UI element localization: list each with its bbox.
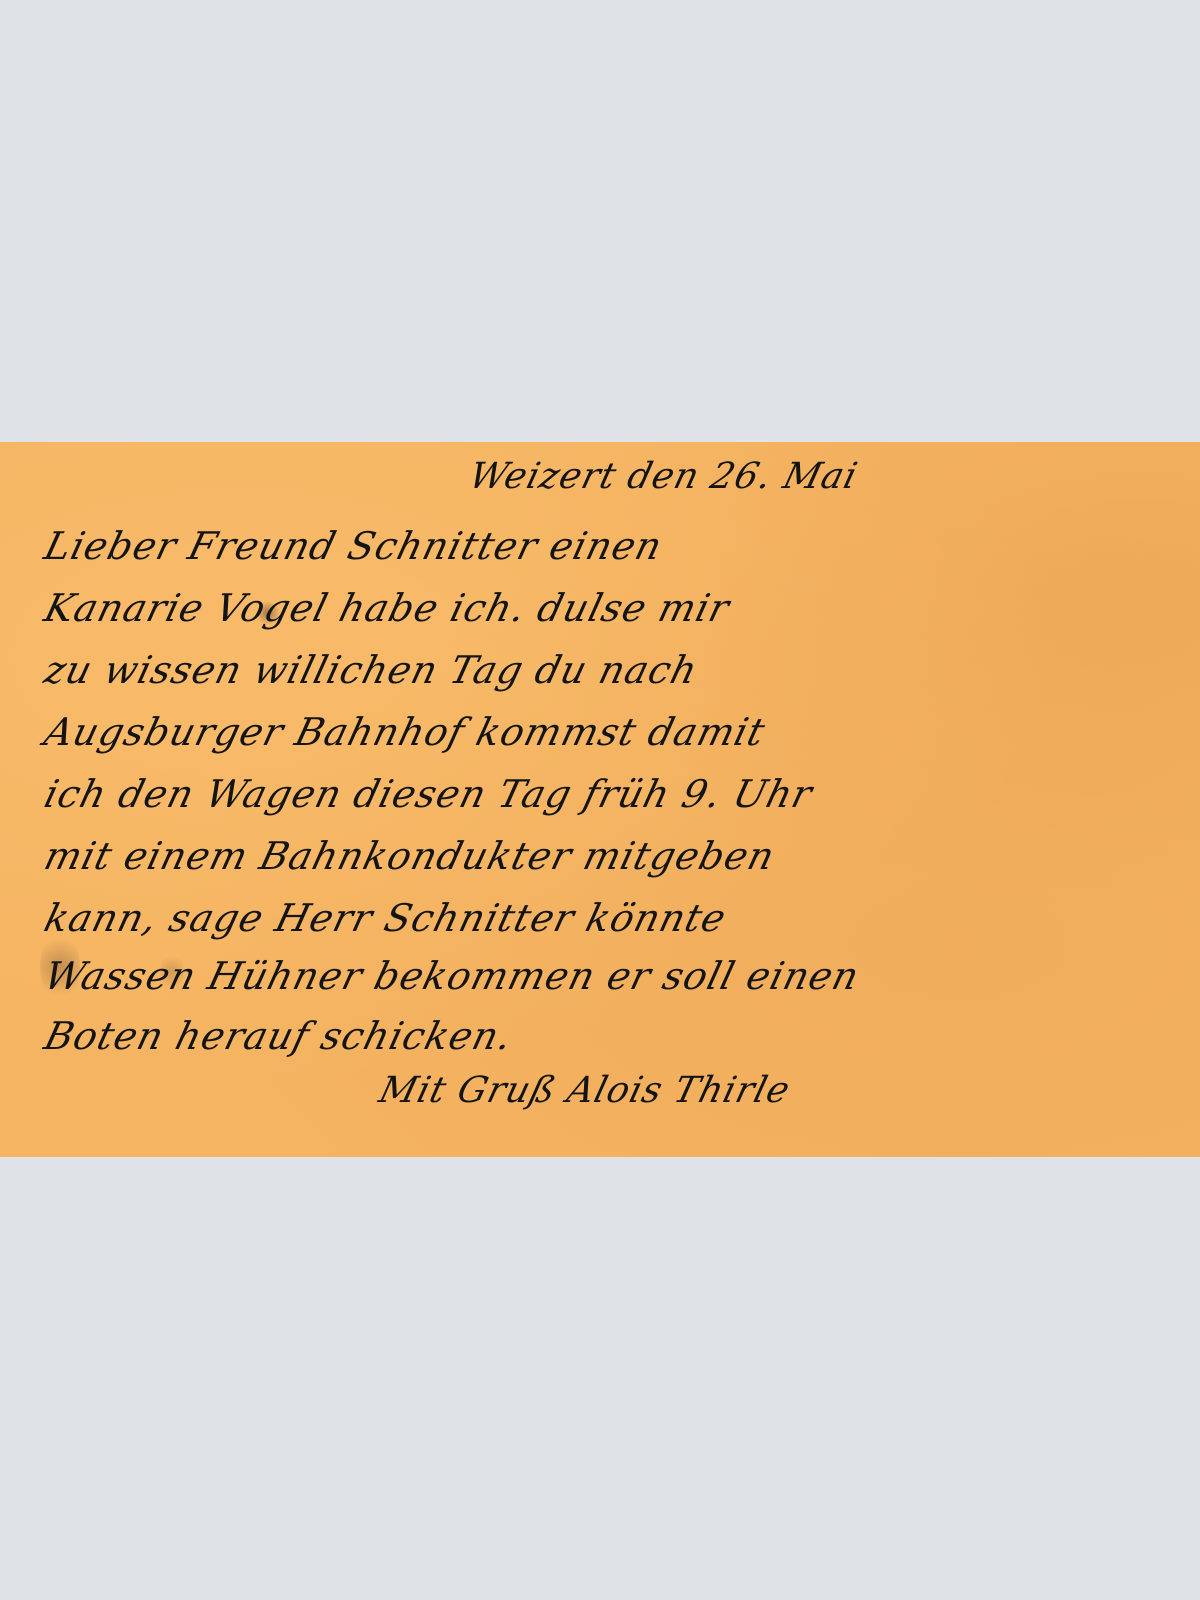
body-line-4: Augsburger Bahnhof kommst damit [40,710,770,754]
body-line-8: Wassen Hühner bekommen er soll einen [40,954,864,998]
body-line-7: kann, sage Herr Schnitter könnte [40,896,731,940]
date-line: Weizert den 26. Mai [465,456,862,497]
body-line-1: Lieber Freund Schnitter einen [40,524,667,568]
body-line-3: zu wissen willichen Tag du nach [40,648,702,692]
body-line-9: Boten herauf schicken. [40,1014,517,1058]
body-line-6: mit einem Bahnkondukter mitgeben [40,834,780,878]
signature: Mit Gruß Alois Thirle [375,1070,795,1111]
body-line-5: ich den Wagen diesen Tag früh 9. Uhr [40,772,817,816]
body-line-2: Kanarie Vogel habe ich. dulse mir [40,586,734,630]
postcard: Weizert den 26. Mai Lieber Freund Schnit… [0,442,1200,1157]
